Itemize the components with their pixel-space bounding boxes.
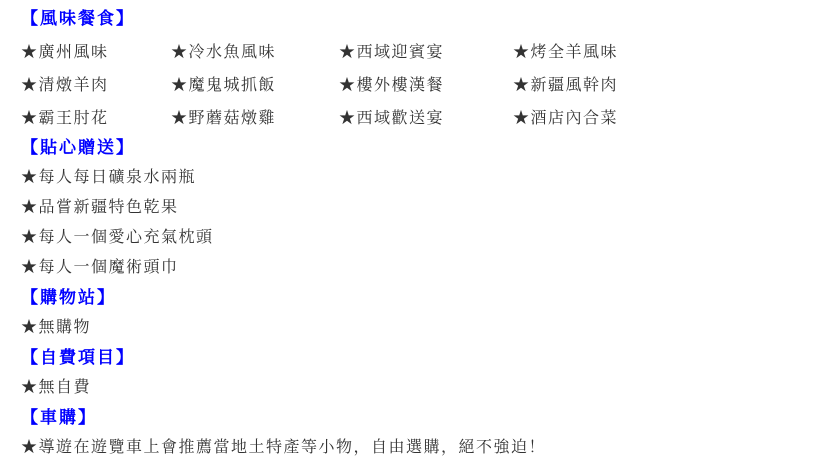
meal-item: ★西域歡送宴	[339, 100, 513, 133]
section-title-bus-shopping: 【車購】	[21, 403, 813, 433]
list-item: ★無自費	[21, 373, 813, 403]
section-title-shopping-stops: 【購物站】	[21, 283, 813, 313]
list-item: ★每人一個愛心充氣枕頭	[21, 223, 813, 253]
meal-item: ★廣州風味	[21, 34, 171, 67]
list-item: ★無購物	[21, 313, 813, 343]
itinerary-details-page: 【風味餐食】 ★廣州風味 ★冷水魚風味 ★西域迎賓宴 ★烤全羊風味 ★清燉羊肉 …	[0, 0, 823, 462]
meal-item: ★西域迎賓宴	[339, 34, 513, 67]
meal-item: ★樓外樓漢餐	[339, 67, 513, 100]
meal-item: ★魔鬼城抓飯	[171, 67, 339, 100]
meal-item: ★烤全羊風味	[513, 34, 803, 67]
list-item: ★每人每日礦泉水兩瓶	[21, 163, 813, 193]
list-item: ★每人一個魔術頭巾	[21, 253, 813, 283]
meal-item: ★清燉羊肉	[21, 67, 171, 100]
meals-row: ★廣州風味 ★冷水魚風味 ★西域迎賓宴 ★烤全羊風味	[21, 34, 803, 67]
section-title-optional-expenses: 【自費項目】	[21, 343, 813, 373]
list-item: ★導遊在遊覽車上會推薦當地土特產等小物，自由選購，絕不強迫！	[21, 433, 813, 462]
meal-item: ★酒店內合菜	[513, 100, 803, 133]
meals-table: ★廣州風味 ★冷水魚風味 ★西域迎賓宴 ★烤全羊風味 ★清燉羊肉 ★魔鬼城抓飯 …	[21, 34, 803, 133]
meal-item: ★新疆風幹肉	[513, 67, 803, 100]
meal-item: ★野蘑菇燉雞	[171, 100, 339, 133]
meals-row: ★霸王肘花 ★野蘑菇燉雞 ★西域歡送宴 ★酒店內合菜	[21, 100, 803, 133]
section-title-gifts: 【貼心贈送】	[21, 133, 813, 163]
meal-item: ★霸王肘花	[21, 100, 171, 133]
list-item: ★品嘗新疆特色乾果	[21, 193, 813, 223]
meal-item: ★冷水魚風味	[171, 34, 339, 67]
section-title-meals: 【風味餐食】	[21, 4, 813, 34]
meals-row: ★清燉羊肉 ★魔鬼城抓飯 ★樓外樓漢餐 ★新疆風幹肉	[21, 67, 803, 100]
